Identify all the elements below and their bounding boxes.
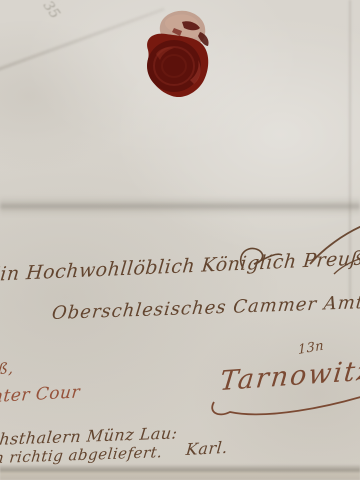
letter-photo: 35 Ein Hochwohllöblich Königlich Preußis… [0, 0, 360, 480]
wax-seal-icon [126, 6, 222, 110]
paper-fold-horizontal [0, 196, 360, 216]
signature: Karl. [185, 438, 228, 459]
underline-flourish [212, 396, 360, 414]
text-fragment-left-1: ß, [0, 359, 15, 378]
place-name: Tarnowitz [218, 355, 360, 397]
pencil-mark: 35 [38, 0, 63, 21]
date-note: 13n [298, 338, 325, 358]
paper-fold-bottom-edge [0, 464, 360, 480]
address-line-2: Oberschlesisches Cammer Amt [51, 292, 360, 324]
text-fragment-left-2: nter Cour [0, 382, 81, 407]
address-line-1: Ein Hochwohllöblich Königlich Preußis [0, 247, 360, 286]
